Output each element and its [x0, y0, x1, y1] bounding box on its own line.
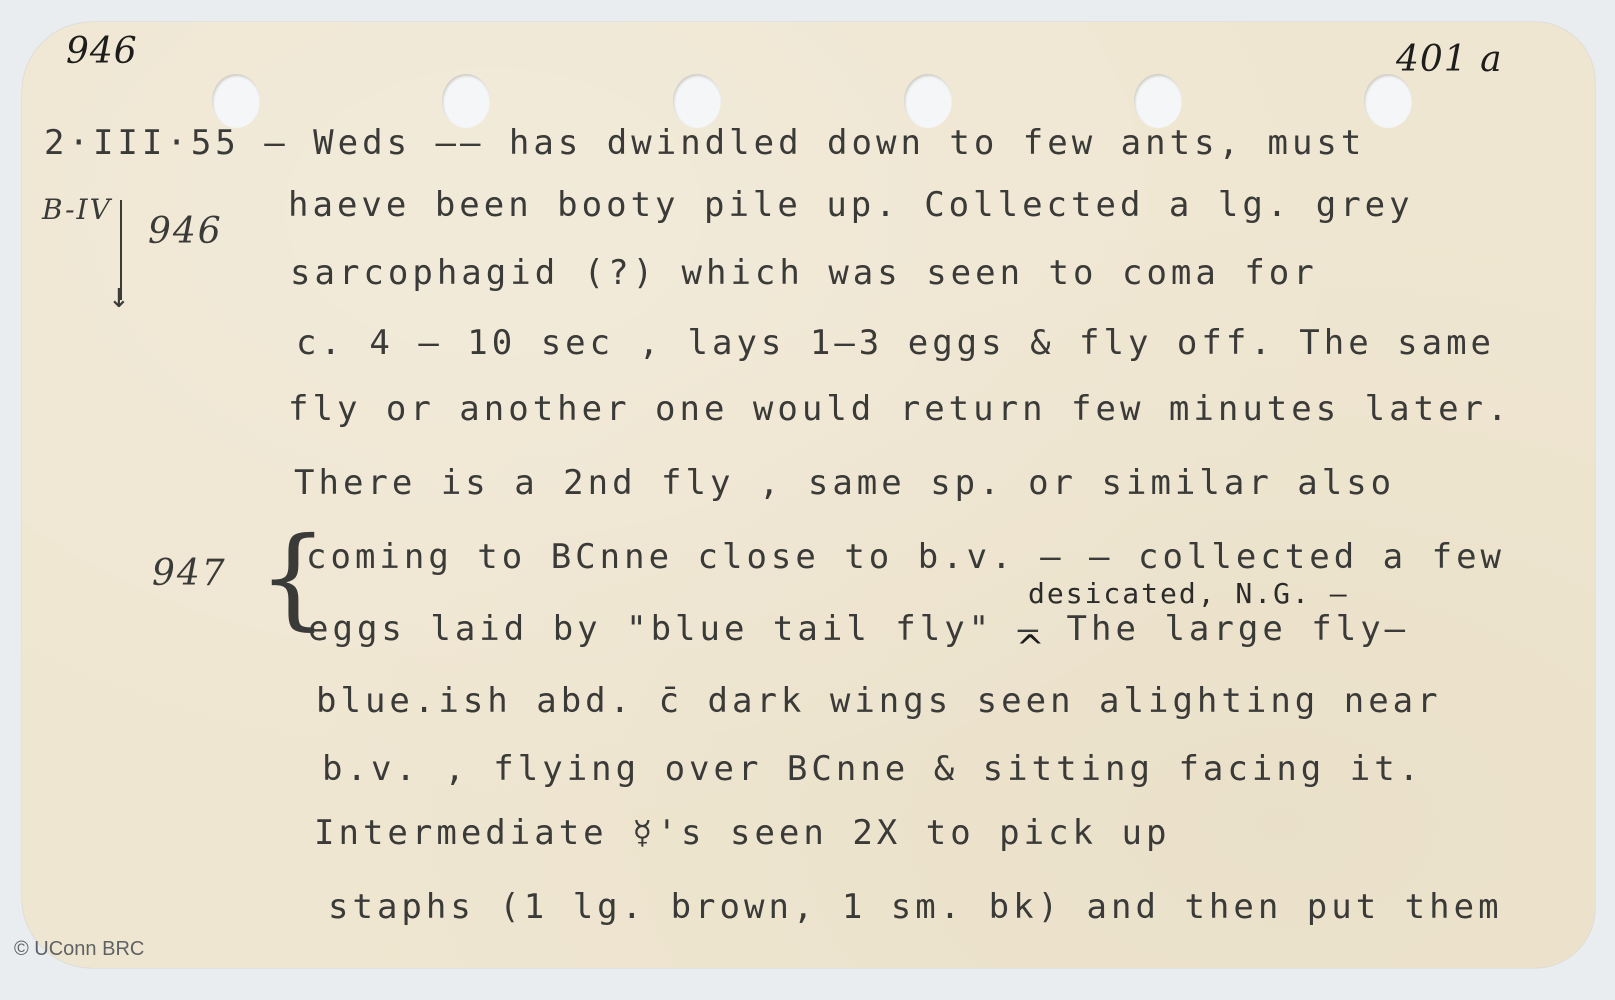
punch-hole: [212, 74, 260, 128]
card-number-top-left: 946: [66, 34, 138, 70]
note-line-3: sarcophagid (?) which was seen to coma f…: [290, 256, 1318, 290]
note-line-2: haeve been booty pile up. Collected a lg…: [288, 188, 1414, 222]
punch-hole: [1364, 74, 1412, 128]
note-line-11: Intermediate ☿'s seen 2X to pick up: [314, 816, 1170, 850]
insertion-note: desicated, N.G. —: [1028, 580, 1349, 608]
insertion-caret: ^: [1016, 628, 1045, 668]
note-line-9: blue.ish abd. c̄ dark wings seen alighti…: [316, 684, 1442, 718]
punch-hole: [904, 74, 952, 128]
specimen-number-946: 946: [148, 214, 223, 250]
note-line-6: There is a 2nd fly , same sp. or similar…: [294, 466, 1395, 500]
copyright-notice: © UConn BRC: [14, 938, 144, 961]
location-label: B-IV: [42, 196, 112, 224]
specimen-number-947: 947: [152, 556, 227, 592]
note-line-1: 2·III·55 – Weds —— has dwindled down to …: [44, 126, 1365, 160]
note-line-4: c. 4 – 10 sec , lays 1–3 eggs & fly off.…: [296, 326, 1495, 360]
punch-hole: [442, 74, 490, 128]
punch-hole: [1134, 74, 1182, 128]
note-line-12: staphs (1 lg. brown, 1 sm. bk) and then …: [328, 890, 1503, 924]
note-line-8: eggs laid by "blue tail fly" — The large…: [308, 612, 1409, 646]
note-line-10: b.v. , flying over BCnne & sitting facin…: [322, 752, 1423, 786]
note-line-7: coming to BCnne close to b.v. – — collec…: [306, 540, 1505, 574]
note-line-5: fly or another one would return few minu…: [288, 392, 1512, 426]
down-arrow-icon: ↓: [108, 284, 130, 314]
card-number-top-right: 401 a: [1396, 42, 1503, 78]
punch-hole: [673, 74, 721, 128]
